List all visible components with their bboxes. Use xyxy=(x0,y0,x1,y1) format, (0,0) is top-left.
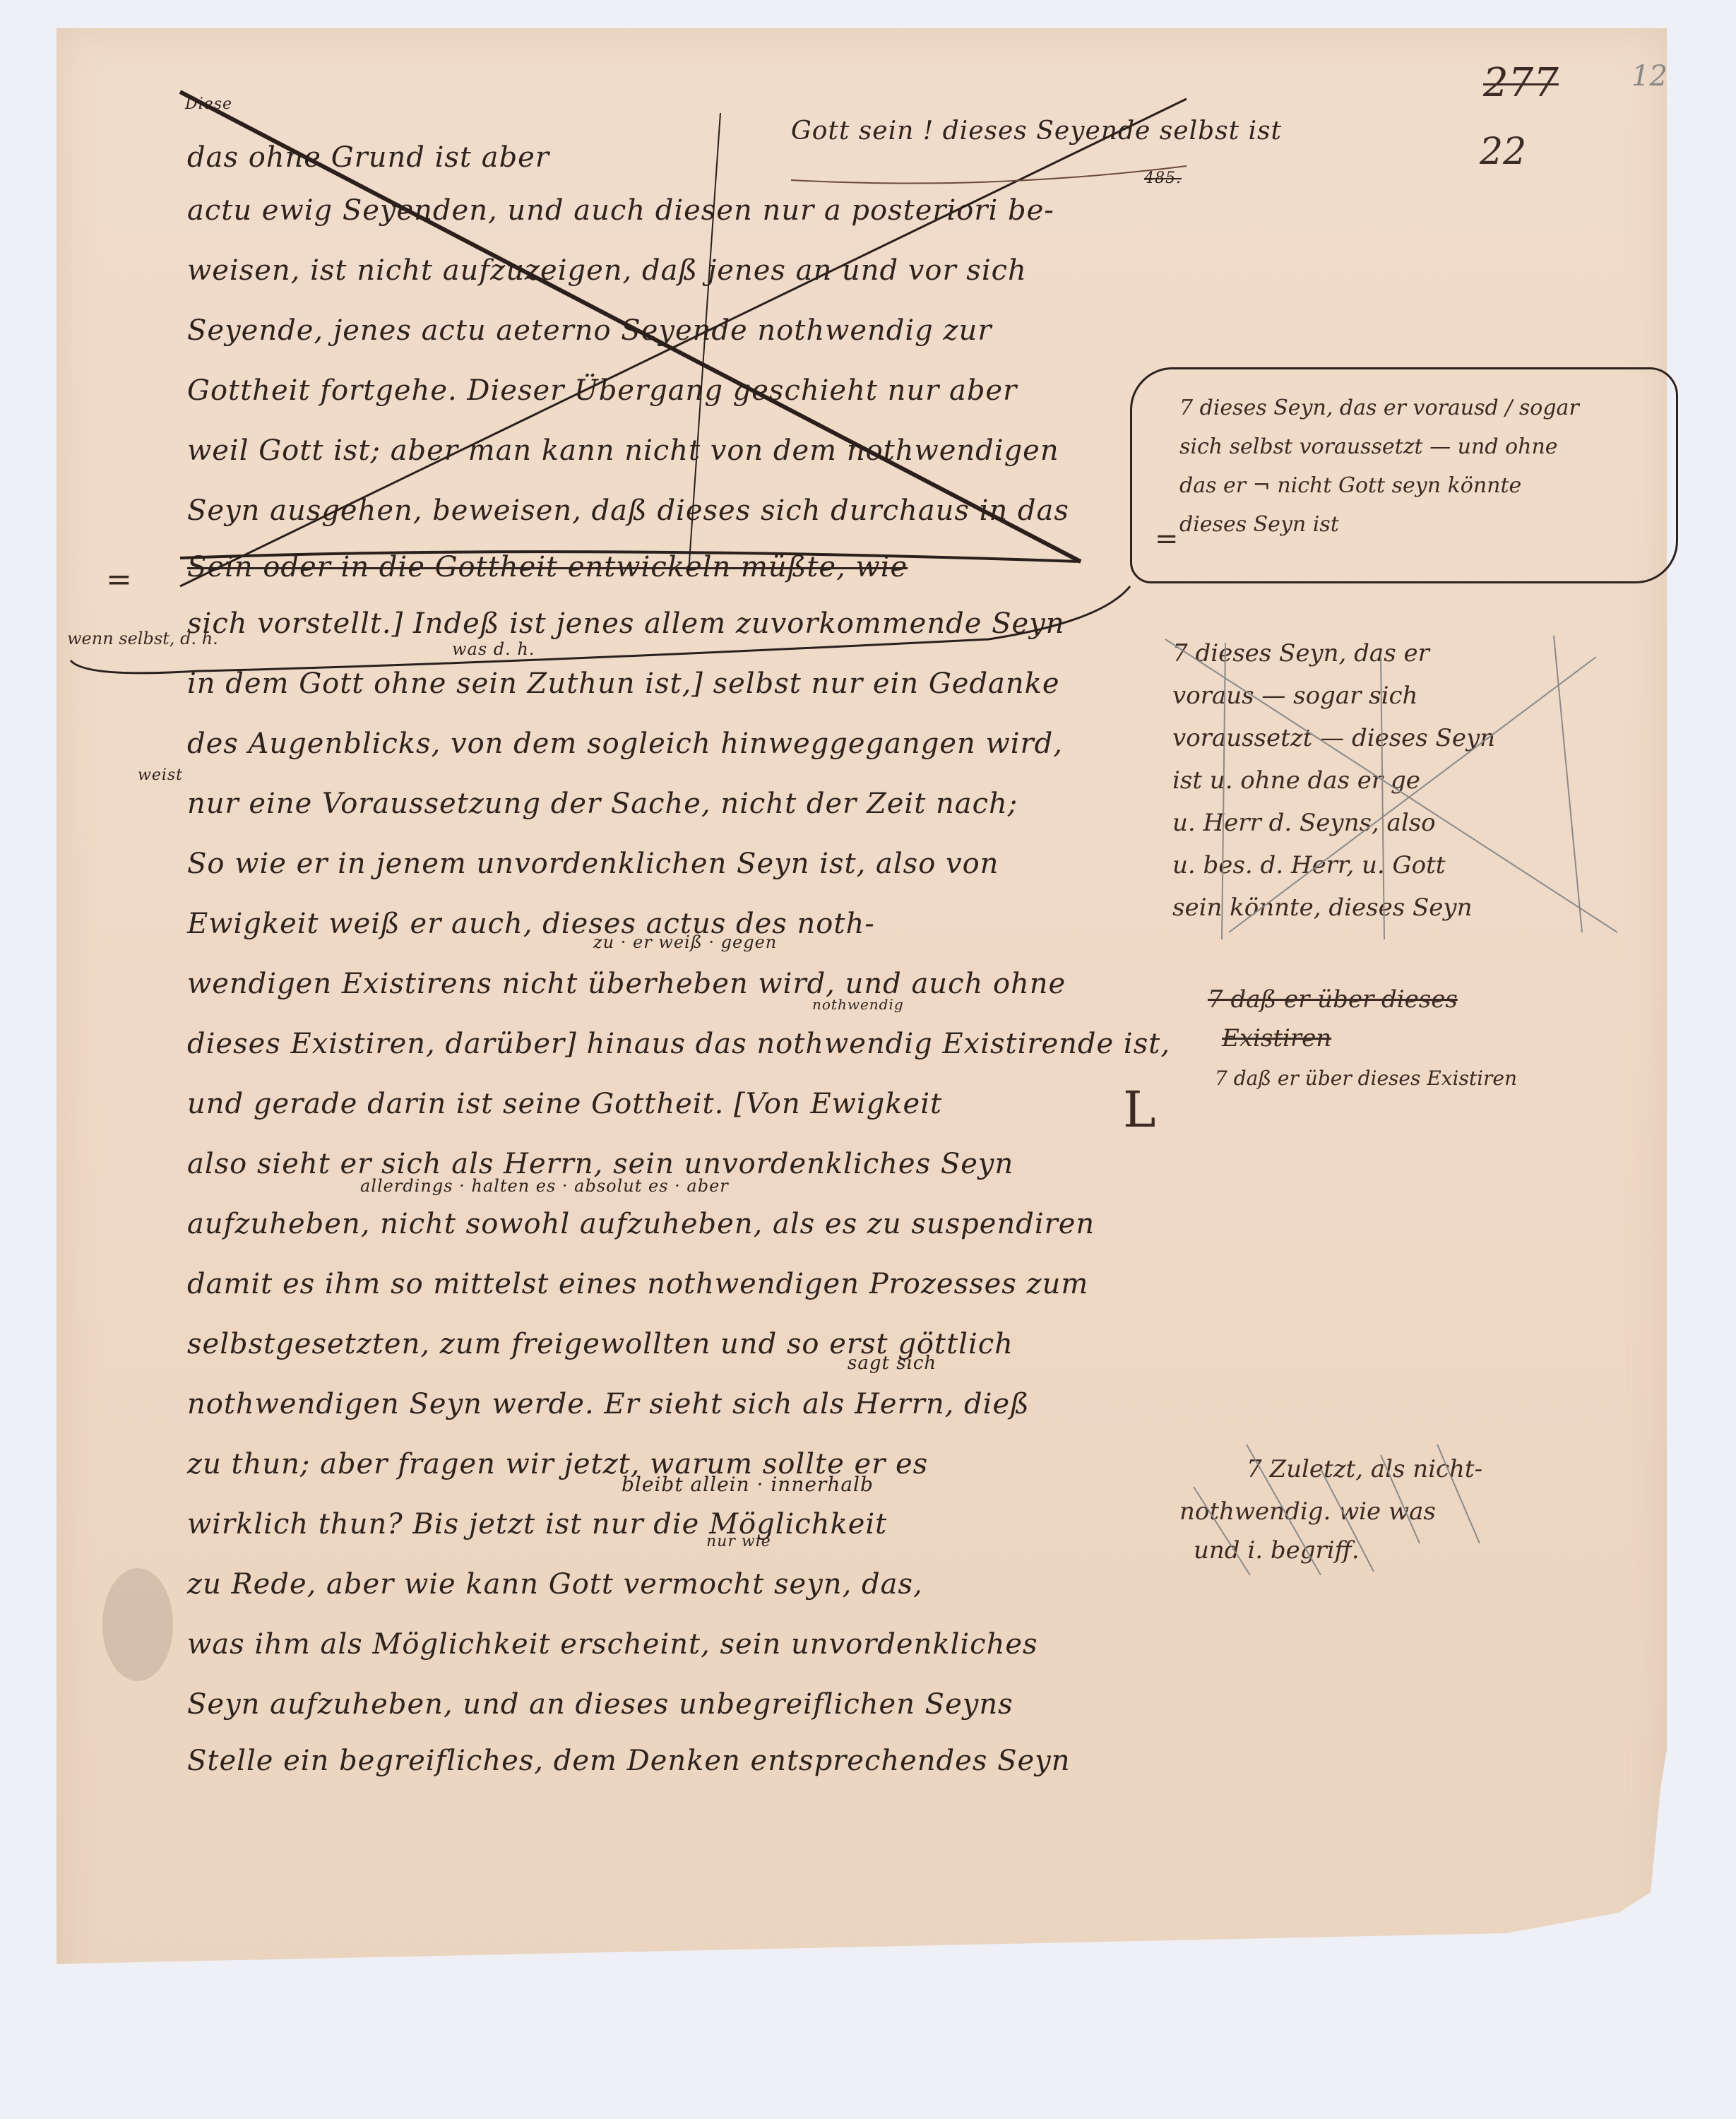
cancellation-strokes xyxy=(0,0,1736,2119)
